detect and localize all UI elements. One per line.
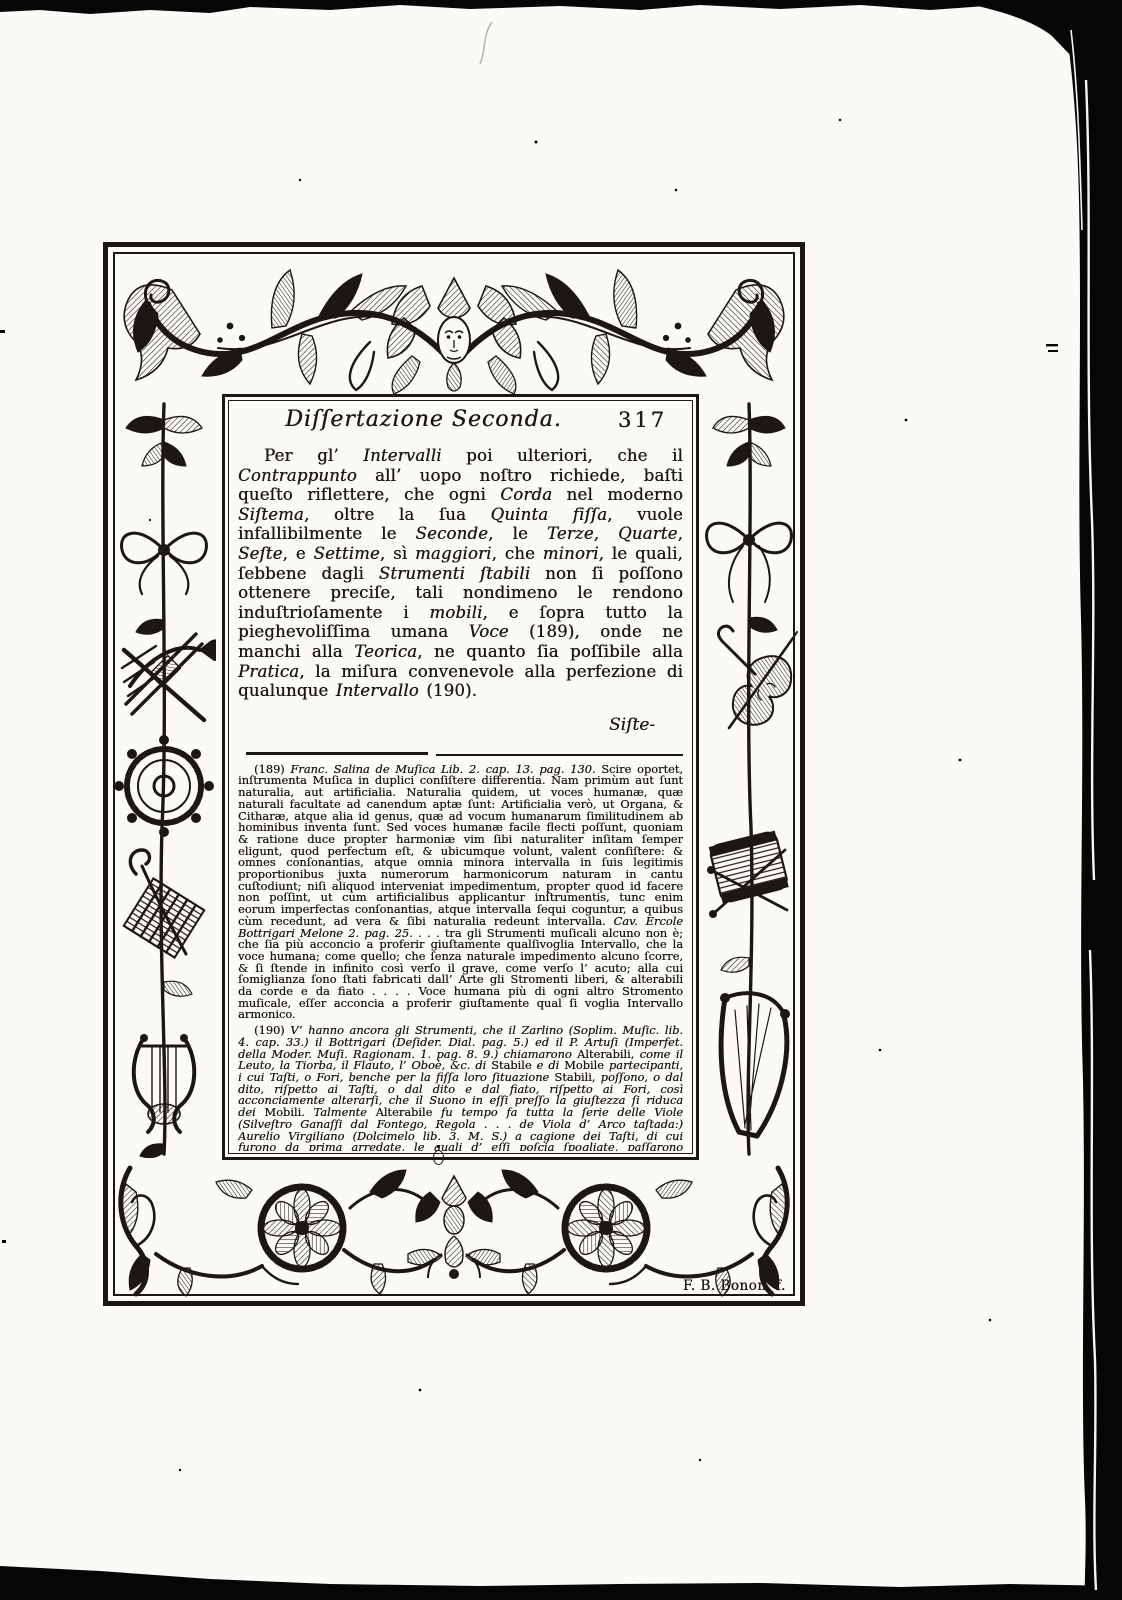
scanned-book-page: Diſſertazione Seconda. 317 Per gl’ Inter… <box>0 0 1122 1600</box>
scan-artifacts <box>0 0 1122 1600</box>
